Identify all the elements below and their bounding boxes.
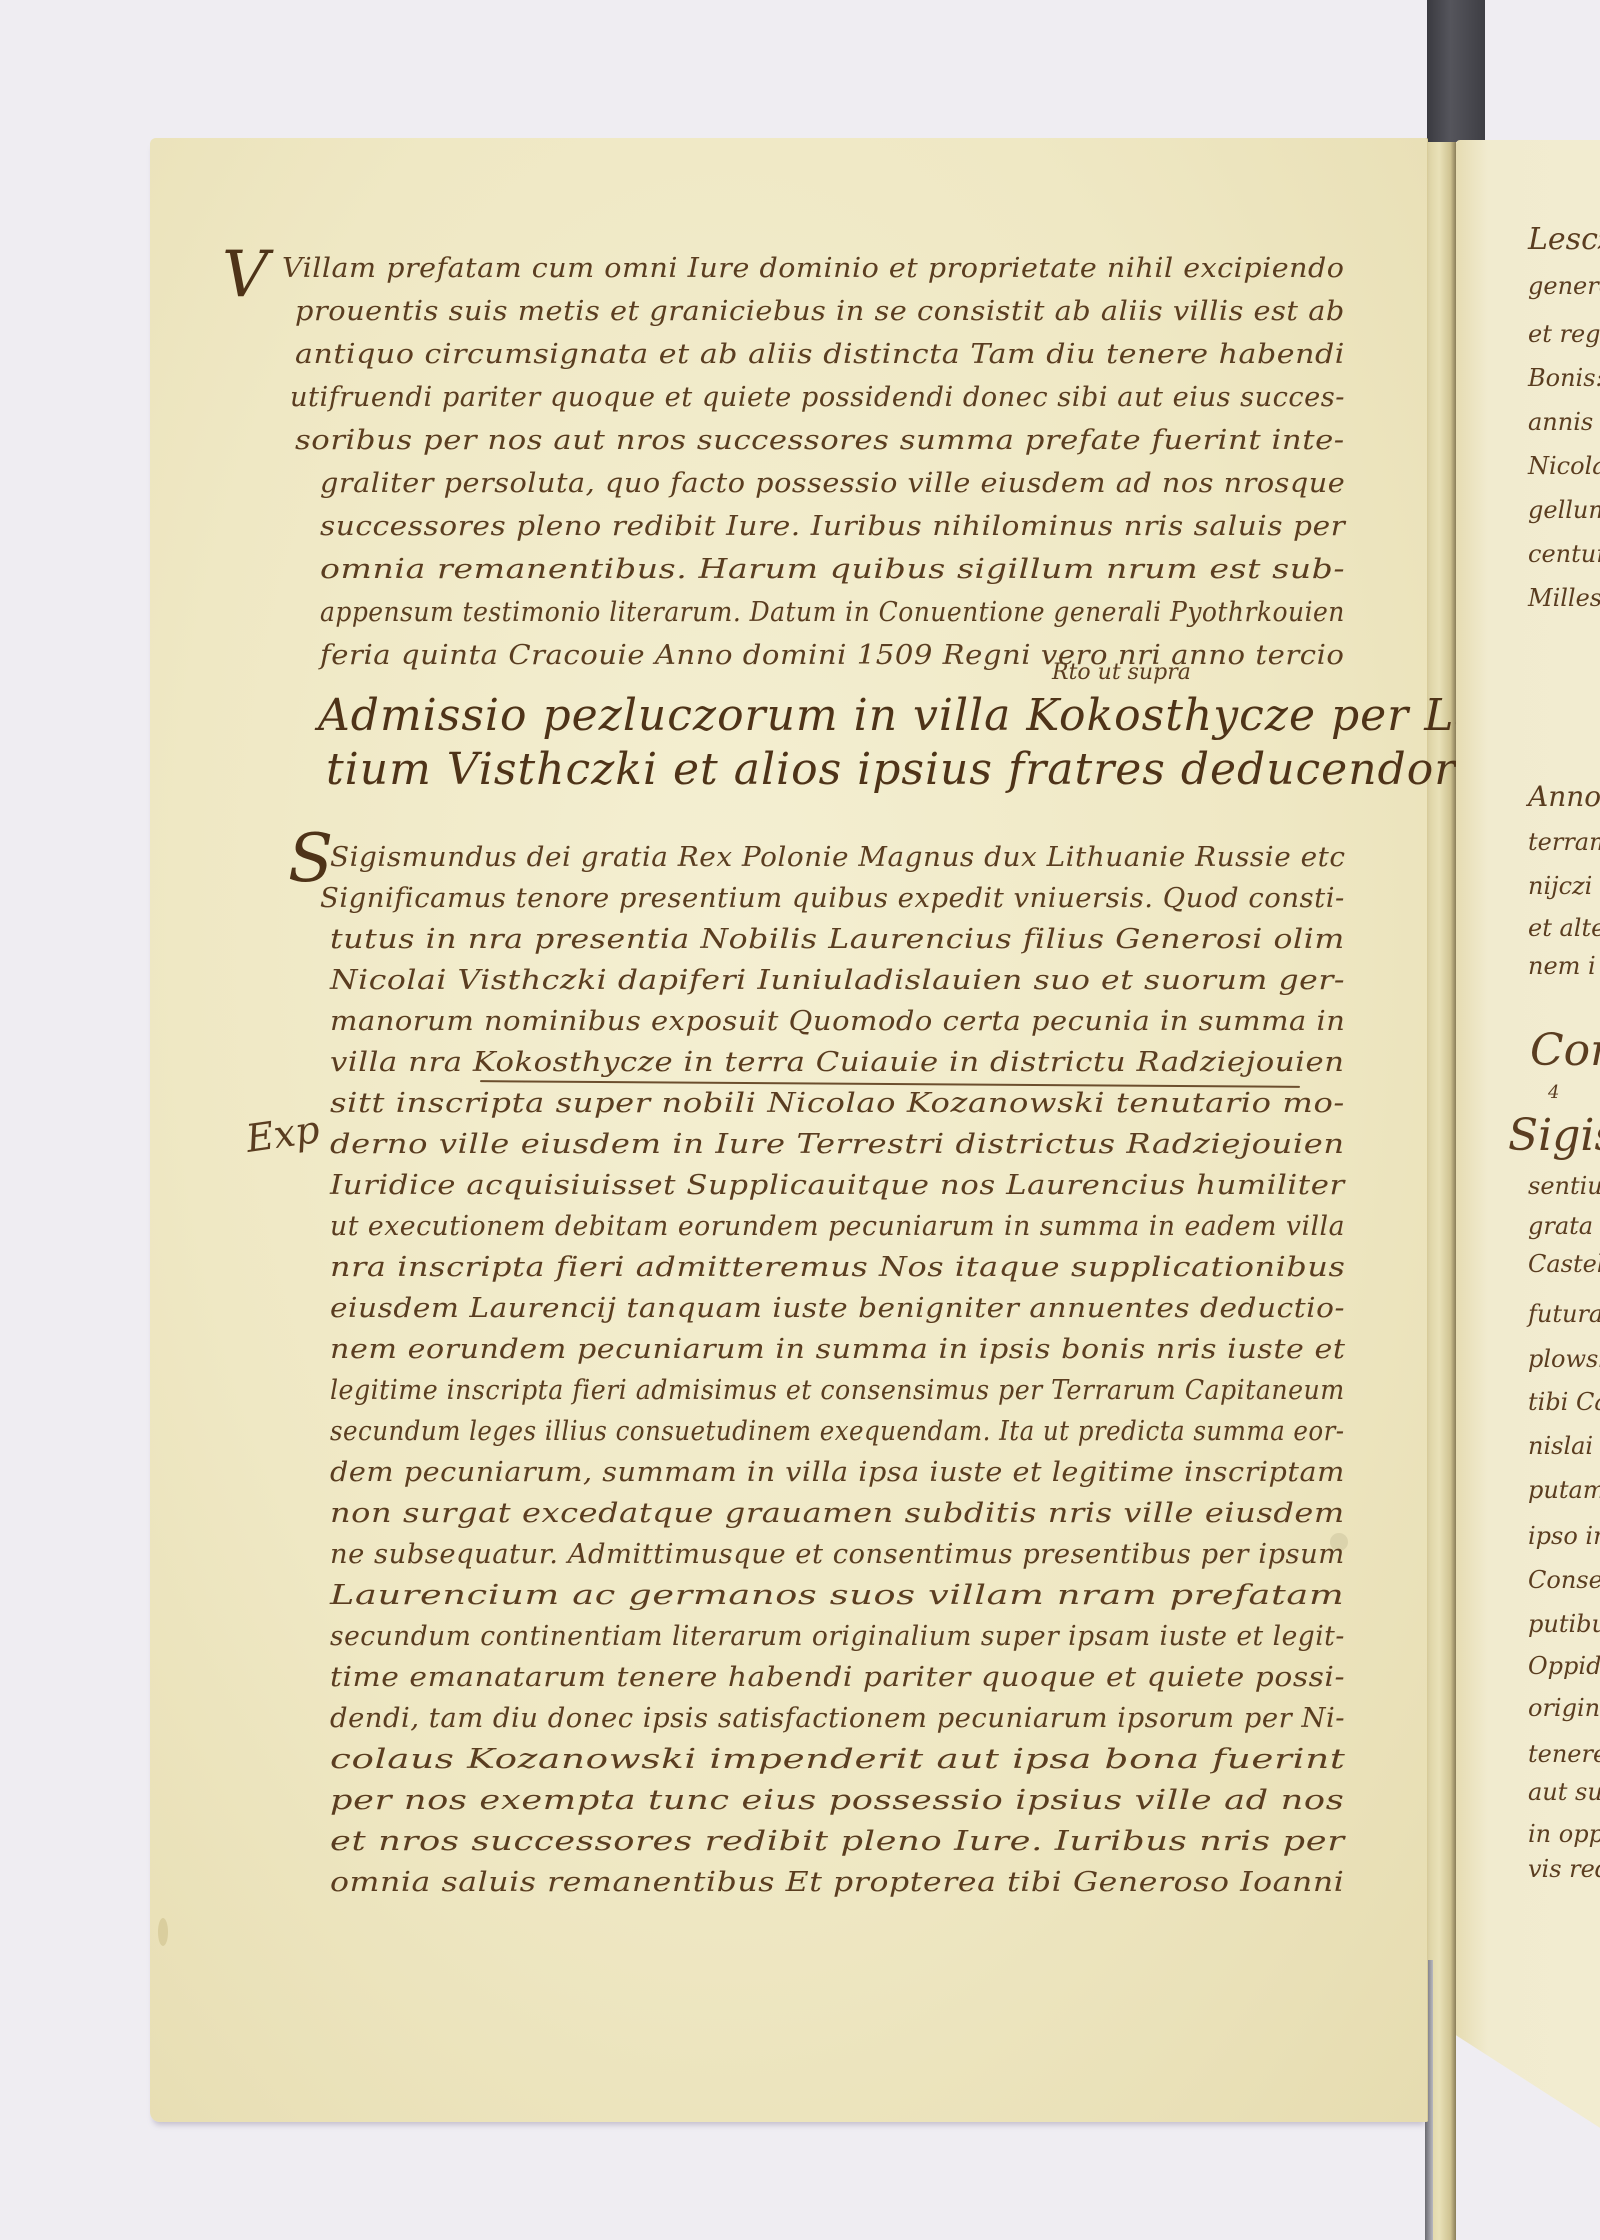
text-fragment: generos a [1528,272,1600,300]
text-line: utifruendi pariter quoque et quiete poss… [290,382,1345,413]
text-line: eiusdem Laurencij tanquam iuste benignit… [330,1293,1345,1324]
binding-strip [1427,0,1485,142]
text-fragment: originalis [1528,1694,1600,1722]
text-line: antiquo circumsignata et ab aliis distin… [295,339,1345,370]
heading-line: Admissio pezluczorum in villa Kokosthycz… [318,690,1560,741]
text-fragment: Nicolao [1528,452,1600,480]
text-fragment: vis redibi [1528,1855,1600,1883]
text-fragment: centum [1528,540,1600,568]
text-line: tutus in nra presentia Nobilis Laurenciu… [330,924,1345,955]
text-fragment: plowsko [1528,1345,1600,1373]
text-fragment: et alte [1528,914,1600,942]
text-line: nra inscripta fieri admitteremus Nos ita… [330,1252,1345,1283]
text-line: graliter persoluta, quo facto possessio … [320,468,1345,499]
text-line: successores pleno redibit Iure. Iuribus … [320,511,1345,542]
text-fragment: in oppido [1528,1820,1600,1848]
text-fragment: Oppidum [1528,1652,1600,1680]
text-line: Laurencium ac germanos suos villam nram … [330,1580,1344,1611]
text-line: et nros successores redibit pleno Iure. … [330,1826,1345,1857]
text-fragment: grata a [1528,1212,1600,1240]
text-line: dem pecuniarum, summam in villa ipsa ius… [330,1457,1345,1488]
decorative-initial-v: V [222,238,268,312]
text-fragment: putibus [1528,1610,1600,1638]
text-line: Iuridice acquisiuisset Supplicauitque no… [330,1170,1345,1201]
text-fragment: Sigism [1508,1110,1600,1161]
text-fragment: Bonis: ip [1528,364,1600,392]
text-line: ne subsequatur. Admittimusque et consent… [330,1539,1345,1570]
gutter [1428,142,1456,2240]
text-fragment: terram [1528,828,1600,856]
text-fragment: nislai ge [1528,1432,1600,1460]
text-fragment: Anno d [1528,780,1600,813]
text-fragment: nem i [1528,952,1596,980]
text-line: manorum nominibus exposuit Quomodo certa… [330,1006,1345,1037]
text-line: omnia remanentibus. Harum quibus sigillu… [320,554,1345,585]
text-line: soribus per nos aut nros successores sum… [295,425,1345,456]
text-line: sitt inscripta super nobili Nicolao Koza… [330,1088,1345,1119]
text-line: dendi, tam diu donec ipsis satisfactione… [330,1703,1345,1734]
text-fragment: annis b [1528,408,1600,436]
heading-line: tium Visthczki et alios ipsius fratres d… [326,744,1528,795]
text-line: appensum testimonio literarum. Datum in … [320,597,1345,628]
text-line: derno ville eiusdem in Iure Terrestri di… [330,1129,1345,1160]
text-fragment: Lesczyns [1528,222,1600,257]
text-line: prouentis suis metis et graniciebus in s… [295,296,1345,327]
text-line: secundum continentiam literarum original… [330,1621,1345,1652]
text-fragment: sentium [1528,1172,1600,1200]
right-section-heading: Con [1530,1025,1600,1076]
text-line: nem eorundem pecuniarum in summa in ipsi… [330,1334,1346,1365]
text-line: Villam prefatam cum omni Iure dominio et… [282,253,1344,284]
text-fragment: tenere pa [1528,1740,1600,1768]
right-page [1456,140,1600,2200]
text-fragment: Millesim [1528,584,1600,612]
text-line: per nos exempta tunc eius possessio ipsi… [330,1785,1344,1816]
text-fragment: Castellan [1528,1250,1600,1278]
text-line: colaus Kozanowski impenderit aut ipsa bo… [330,1744,1346,1775]
text-line: ut executionem debitam eorundem pecuniar… [330,1211,1345,1242]
text-fragment: putamus [1528,1476,1600,1504]
heading-superscript: Rto ut supra [1052,660,1191,685]
text-fragment: nijczi [1528,872,1592,900]
text-fragment: aut suis [1528,1778,1600,1806]
text-line: villa nra Kokosthycze in terra Cuiauie i… [330,1047,1345,1078]
text-line: legitime inscripta fieri admisimus et co… [330,1375,1345,1406]
text-fragment: ipso inscr [1528,1522,1600,1550]
text-line: Nicolai Visthczki dapiferi Iuniuladislau… [330,965,1345,996]
stain [158,1918,168,1946]
text-line: Significamus tenore presentium quibus ex… [320,883,1345,914]
right-section-superscript: 4 [1548,1082,1559,1103]
text-line: non surgat excedatque grauamen subditis … [330,1498,1345,1529]
text-fragment: tibi Canon [1528,1388,1600,1416]
text-line: Sigismundus dei gratia Rex Polonie Magnu… [330,842,1345,873]
text-fragment: Consensu [1528,1566,1600,1594]
text-line: secundum leges illius consuetudinem exeq… [330,1416,1345,1447]
text-fragment: gellum [1528,496,1600,524]
text-fragment: futura [1528,1300,1600,1328]
text-line: omnia saluis remanentibus Et propterea t… [330,1867,1344,1898]
text-fragment: et regni [1528,320,1600,348]
text-line: time emanatarum tenere habendi pariter q… [330,1662,1345,1693]
